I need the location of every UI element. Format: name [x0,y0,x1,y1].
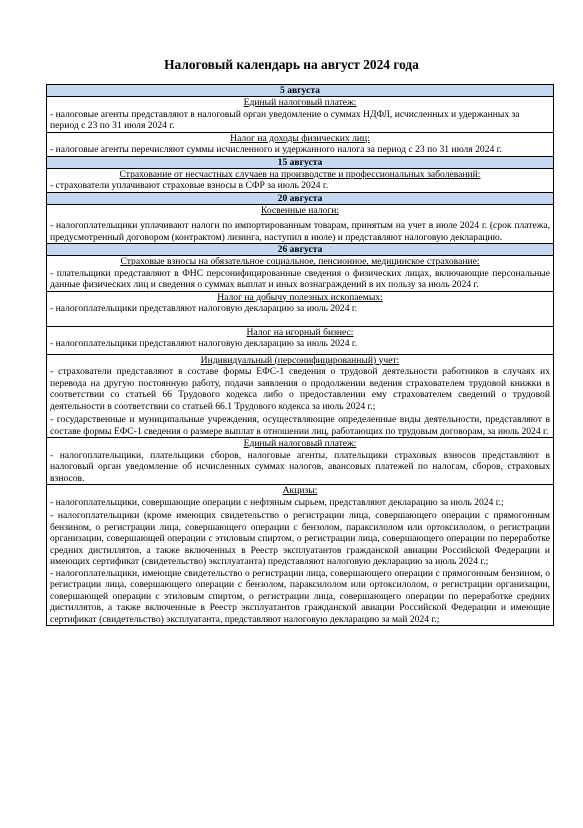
section-item: - налоговые агенты перечисляют суммы исч… [50,144,550,156]
section-item: - налогоплательщики, плательщики сборов,… [50,450,550,485]
section-item: - налоговые агенты представляют в налого… [50,109,550,132]
section-heading: Косвенные налоги: [50,205,550,217]
section-heading: Индивидуальный (персонифицированный) уче… [50,355,550,367]
section-item: - налогоплательщики (кроме имеющих свиде… [50,510,550,568]
section-item: - налогоплательщики представляют налогов… [50,338,550,350]
section-heading: Страхование от несчастных случаев на про… [50,169,550,181]
section-row: Косвенные налоги: - налогоплательщики уп… [47,204,554,244]
section-item: - страхователи представляют в составе фо… [50,366,550,412]
section-item: - налогоплательщики представляют налогов… [50,303,550,315]
section-row: Акцизы: - налогоплательщики, совершающие… [47,485,554,626]
section-item: - государственные и муниципальные учрежд… [50,414,550,437]
section-item: - страхователи уплачивают страховые взно… [50,180,550,192]
day-date: 20 августа [47,192,554,204]
section-heading: Налог на игорный бизнес: [50,327,550,339]
section-heading: Налог на добычу полезных ископаемых: [50,292,550,304]
section-row: Страховые взносы на обязательное социаль… [47,256,554,292]
day-date: 5 августа [47,85,554,97]
section-item: - плательщики представляют в ФНС персони… [50,268,550,291]
day-header-row: 5 августа [47,85,554,97]
section-item: - налогоплательщики, совершающие операци… [50,497,550,509]
section-row: Индивидуальный (персонифицированный) уче… [47,354,554,438]
section-row: Единый налоговый платеж: - налогоплатель… [47,438,554,485]
section-heading: Единый налоговый платеж: [50,97,550,109]
section-row: Налог на добычу полезных ископаемых: - н… [47,291,554,326]
day-header-row: 26 августа [47,244,554,256]
section-row: Единый налоговый платеж: - налоговые аге… [47,97,554,133]
section-row: Налог на доходы физических лиц: - налого… [47,132,554,156]
tax-calendar-table: 5 августа Единый налоговый платеж: - нал… [46,84,554,626]
day-date: 15 августа [47,156,554,168]
day-header-row: 15 августа [47,156,554,168]
document-title: Налоговый календарь на август 2024 года [0,57,583,73]
section-item: - налогоплательщики, имеющие свидетельст… [50,568,550,626]
section-heading: Единый налоговый платеж: [50,438,550,450]
section-row: Страхование от несчастных случаев на про… [47,168,554,192]
day-header-row: 20 августа [47,192,554,204]
section-heading: Налог на доходы физических лиц: [50,133,550,145]
day-date: 26 августа [47,244,554,256]
section-row: Налог на игорный бизнес: - налогоплатель… [47,326,554,354]
section-heading: Страховые взносы на обязательное социаль… [50,256,550,268]
section-item: - налогоплательщики уплачивают налоги по… [50,220,550,243]
section-heading: Акцизы: [50,485,550,497]
